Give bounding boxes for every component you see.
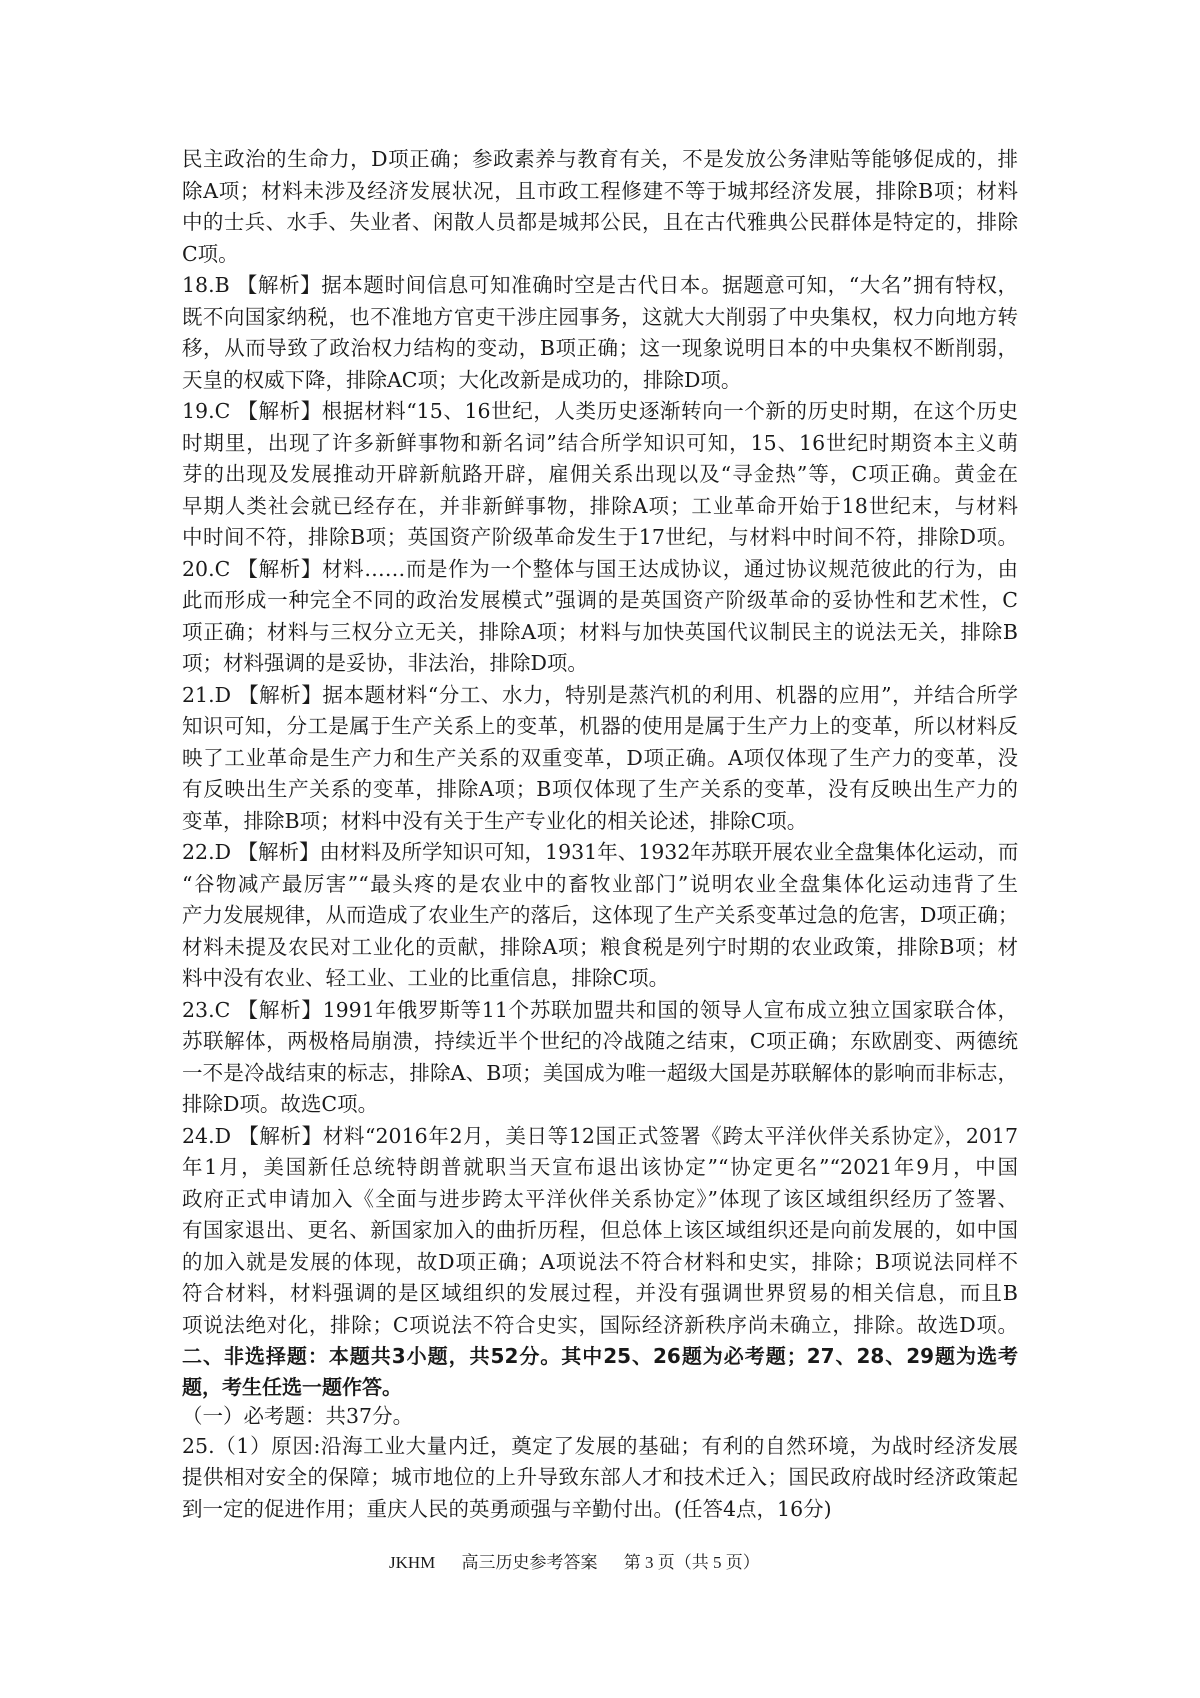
text-line: 知识可知，分工是属于生产关系上的变革，机器的使用是属于生产力上的变革，所以材料反 <box>182 711 1018 743</box>
page-footer: JKHM 高三历史参考答案 第 3 页（共 5 页） <box>389 1552 770 1574</box>
text-line: 项；材料强调的是妥协，非法治，排除D项。 <box>182 648 1018 680</box>
text-line: 时期里，出现了许多新鲜事物和新名词”结合所学知识可知，15、16世纪时期资本主义… <box>182 428 1018 460</box>
section-heading-cont: 题，考生任选一题作答。 <box>182 1373 1018 1402</box>
answer-25-line: 25.（1）原因:沿海工业大量内迁，奠定了发展的基础；有利的自然环境，为战时经济… <box>182 1431 1018 1463</box>
answer-21-line: 21.D 【解析】据本题材料“分工、水力，特别是蒸汽机的利用、机器的应用”，并结… <box>182 680 1018 712</box>
text-line: 变革，排除B项；材料中没有关于生产专业化的相关论述，排除C项。 <box>182 806 1018 838</box>
text-line: 排除D项。故选C项。 <box>182 1089 1018 1121</box>
text-line: 政府正式申请加入《全面与进步跨太平洋伙伴关系协定》”体现了该区域组织经历了签署、 <box>182 1184 1018 1216</box>
answer-24-line: 24.D 【解析】材料“2016年2月，美日等12国正式签署《跨太平洋伙伴关系协… <box>182 1121 1018 1153</box>
answer-23-line: 23.C 【解析】1991年俄罗斯等11个苏联加盟共和国的领导人宣布成立独立国家… <box>182 995 1018 1027</box>
text-line: 天皇的权威下降，排除AC项；大化改新是成功的，排除D项。 <box>182 365 1018 397</box>
section-heading: 二、非选择题：本题共3小题，共52分。其中25、26题为必考题；27、28、29… <box>182 1341 1018 1373</box>
text-line: 有反映出生产关系的变革，排除A项；B项仅体现了生产关系的变革，没有反映出生产力的 <box>182 774 1018 806</box>
footer-title: 高三历史参考答案 <box>462 1553 598 1572</box>
text-line: 芽的出现及发展推动开辟新航路开辟，雇佣关系出现以及“寻金热”等，C项正确。黄金在 <box>182 459 1018 491</box>
text-line: 项说法绝对化，排除；C项说法不符合史实，国际经济新秩序尚未确立，排除。故选D项。 <box>182 1310 1018 1342</box>
text-line: C项。 <box>182 239 1018 271</box>
text-line: 的加入就是发展的体现，故D项正确；A项说法不符合材料和史实，排除；B项说法同样不 <box>182 1247 1018 1279</box>
text-line: 早期人类社会就已经存在，并非新鲜事物，排除A项；工业革命开始于18世纪末，与材料 <box>182 491 1018 523</box>
text-line: 到一定的促进作用；重庆人民的英勇顽强与辛勤付出。(任答4点，16分) <box>182 1494 1018 1526</box>
text-line: 产力发展规律，从而造成了农业生产的落后，这体现了生产关系变革过急的危害，D项正确… <box>182 900 1018 932</box>
text-line: “谷物减产最厉害”“最头疼的是农业中的畜牧业部门”说明农业全盘集体化运动违背了生 <box>182 869 1018 901</box>
text-line: 民主政治的生命力，D项正确；参政素养与教育有关，不是发放公务津贴等能够促成的，排 <box>182 144 1018 176</box>
footer-code: JKHM <box>389 1553 435 1572</box>
text-line: 既不向国家纳税，也不准地方官吏干涉庄园事务，这就大大削弱了中央集权，权力向地方转 <box>182 302 1018 334</box>
text-line: 苏联解体，两极格局崩溃，持续近半个世纪的冷战随之结束，C项正确；东欧剧变、两德统 <box>182 1026 1018 1058</box>
answer-19-line: 19.C 【解析】根据材料“15、16世纪，人类历史逐渐转向一个新的历史时期，在… <box>182 396 1018 428</box>
text-line: 年1月，美国新任总统特朗普就职当天宣布退出该协定”“协定更名”“2021年9月，… <box>182 1152 1018 1184</box>
text-line: 有国家退出、更名、新国家加入的曲折历程，但总体上该区域组织还是向前发展的，如中国 <box>182 1215 1018 1247</box>
text-line: 一不是冷战结束的标志，排除A、B项；美国成为唯一超级大国是苏联解体的影响而非标志… <box>182 1058 1018 1090</box>
text-line: 映了工业革命是生产力和生产关系的双重变革，D项正确。A项仅体现了生产力的变革，没 <box>182 743 1018 775</box>
text-line: 中时间不符，排除B项；英国资产阶级革命发生于17世纪，与材料中时间不符，排除D项… <box>182 522 1018 554</box>
text-line: 符合材料，材料强调的是区域组织的发展过程，并没有强调世界贸易的相关信息，而且B <box>182 1278 1018 1310</box>
text-line: 移，从而导致了政治权力结构的变动，B项正确；这一现象说明日本的中央集权不断削弱， <box>182 333 1018 365</box>
footer-page-info: 第 3 页（共 5 页） <box>624 1553 760 1572</box>
text-line: 提供相对安全的保障；城市地位的上升导致东部人才和技术迁入；国民政府战时经济政策起 <box>182 1462 1018 1494</box>
answer-22-line: 22.D 【解析】由材料及所学知识可知，1931年、1932年苏联开展农业全盘集… <box>182 837 1018 869</box>
answer-18-line: 18.B 【解析】据本题时间信息可知准确时空是古代日本。据题意可知，“大名”拥有… <box>182 270 1018 302</box>
text-line: 材料未提及农民对工业化的贡献，排除A项；粮食税是列宁时期的农业政策，排除B项；材 <box>182 932 1018 964</box>
answer-page-body: 民主政治的生命力，D项正确；参政素养与教育有关，不是发放公务津贴等能够促成的，排… <box>182 144 1018 1525</box>
text-line: 中的士兵、水手、失业者、闲散人员都是城邦公民，且在古代雅典公民群体是特定的，排除 <box>182 207 1018 239</box>
answer-20-line: 20.C 【解析】材料……而是作为一个整体与国王达成协议，通过协议规范彼此的行为… <box>182 554 1018 586</box>
subsection-heading: （一）必考题：共37分。 <box>182 1402 1018 1431</box>
text-line: 此而形成一种完全不同的政治发展模式”强调的是英国资产阶级革命的妥协性和艺术性，C <box>182 585 1018 617</box>
text-line: 项正确；材料与三权分立无关，排除A项；材料与加快英国代议制民主的说法无关，排除B <box>182 617 1018 649</box>
text-line: 料中没有农业、轻工业、工业的比重信息，排除C项。 <box>182 963 1018 995</box>
text-line: 除A项；材料未涉及经济发展状况，且市政工程修建不等于城邦经济发展，排除B项；材料 <box>182 176 1018 208</box>
